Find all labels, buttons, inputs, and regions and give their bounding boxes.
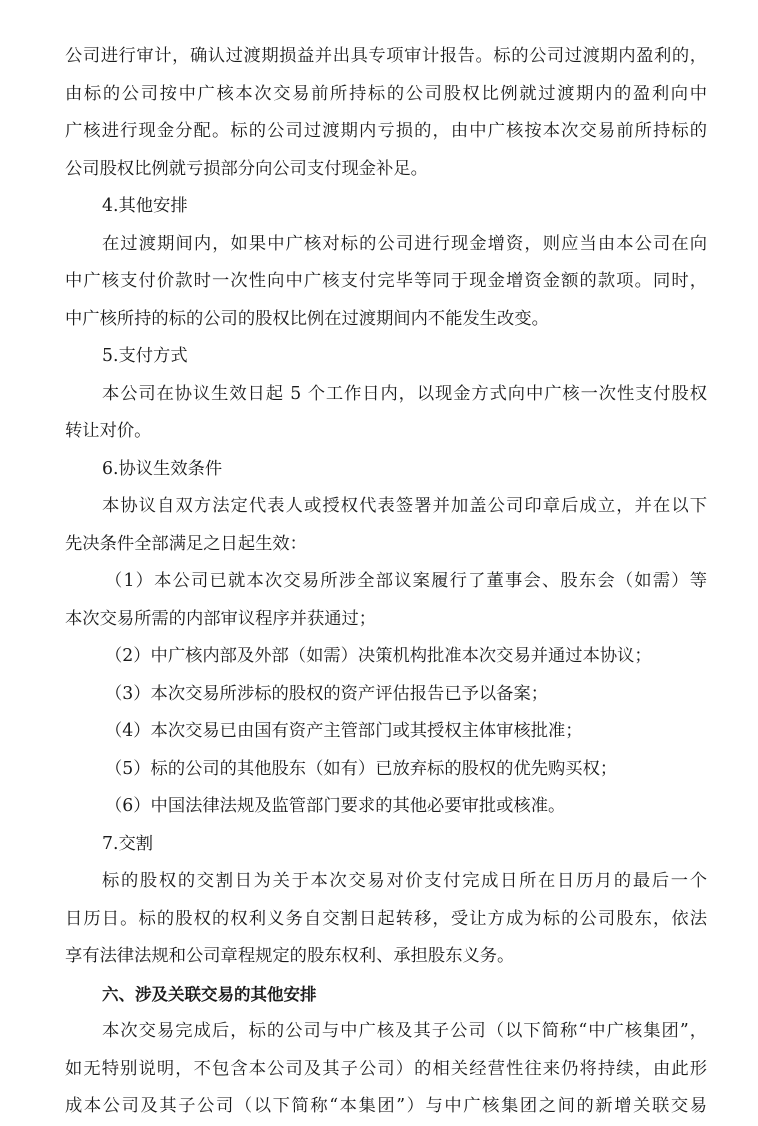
- condition-item-6: （6）中国法律法规及监管部门要求的其他必要审批或核准。: [65, 788, 707, 826]
- section-heading-delivery: 7.交割: [65, 826, 707, 864]
- text-line: 公司股权比例就亏损部分向公司支付现金补足。: [65, 151, 707, 189]
- paragraph-other-arrangements: 在过渡期间内，如果中广核对标的公司进行现金增资，则应当由本公司在向 中广核支付价…: [65, 226, 707, 339]
- text-line: 广核进行现金分配。标的公司过渡期内亏损的，由中广核按本次交易前所持标的: [65, 113, 707, 151]
- paragraph-related-transactions: 本次交易完成后，标的公司与中广核及其子公司（以下简称“中广核集团”， 如无特别说…: [65, 1013, 707, 1126]
- paragraph-delivery: 标的股权的交割日为关于本次交易对价支付完成日所在日历月的最后一个 日历日。标的股…: [65, 863, 707, 976]
- condition-item-2: （2）中广核内部及外部（如需）决策机构批准本次交易并通过本协议；: [65, 638, 707, 676]
- paragraph-effective-conditions: 本协议自双方法定代表人或授权代表签署并加盖公司印章后成立，并在以下 先决条件全部…: [65, 488, 707, 563]
- text-line: 公司进行审计，确认过渡期损益并出具专项审计报告。标的公司过渡期内盈利的，: [65, 38, 707, 76]
- text-line: 转让对价。: [65, 413, 707, 451]
- paragraph-payment-method: 本公司在协议生效日起 5 个工作日内，以现金方式向中广核一次性支付股权 转让对价…: [65, 376, 707, 451]
- condition-item-3: （3）本次交易所涉标的股权的资产评估报告已予以备案；: [65, 676, 707, 714]
- text-line: （1）本公司已就本次交易所涉全部议案履行了董事会、股东会（如需）等: [65, 563, 707, 601]
- text-line: 中广核所持的标的公司的股权比例在过渡期间内不能发生改变。: [65, 301, 707, 339]
- text-line: 享有法律法规和公司章程规定的股东权利、承担股东义务。: [65, 938, 707, 976]
- text-line: 本次交易完成后，标的公司与中广核及其子公司（以下简称“中广核集团”，: [65, 1013, 707, 1051]
- section-heading-effective-conditions: 6.协议生效条件: [65, 451, 707, 489]
- text-line: 本次交易所需的内部审议程序并获通过；: [65, 601, 707, 639]
- document-page: 公司进行审计，确认过渡期损益并出具专项审计报告。标的公司过渡期内盈利的， 由标的…: [65, 38, 707, 1126]
- condition-item-5: （5）标的公司的其他股东（如有）已放弃标的股权的优先购买权；: [65, 751, 707, 789]
- text-line: 先决条件全部满足之日起生效：: [65, 526, 707, 564]
- condition-item-1: （1）本公司已就本次交易所涉全部议案履行了董事会、股东会（如需）等 本次交易所需…: [65, 563, 707, 638]
- text-line: 由标的公司按中广核本次交易前所持标的公司股权比例就过渡期内的盈利向中: [65, 76, 707, 114]
- text-line: 成本公司及其子公司（以下简称“本集团”）与中广核集团之间的新增关联交易: [65, 1088, 707, 1126]
- text-line: 标的股权的交割日为关于本次交易对价支付完成日所在日历月的最后一个: [65, 863, 707, 901]
- chapter-heading-related-transactions: 六、涉及关联交易的其他安排: [65, 976, 707, 1014]
- paragraph-transition-pnl: 公司进行审计，确认过渡期损益并出具专项审计报告。标的公司过渡期内盈利的， 由标的…: [65, 38, 707, 188]
- section-heading-other-arrangements: 4.其他安排: [65, 188, 707, 226]
- text-line: 中广核支付价款时一次性向中广核支付完毕等同于现金增资金额的款项。同时，: [65, 263, 707, 301]
- text-line: 如无特别说明，不包含本公司及其子公司）的相关经营性往来仍将持续，由此形: [65, 1051, 707, 1089]
- text-line: 本公司在协议生效日起 5 个工作日内，以现金方式向中广核一次性支付股权: [65, 376, 707, 414]
- text-line: 日历日。标的股权的权利义务自交割日起转移，受让方成为标的公司股东，依法: [65, 901, 707, 939]
- section-heading-payment-method: 5.支付方式: [65, 338, 707, 376]
- condition-item-4: （4）本次交易已由国有资产主管部门或其授权主体审核批准；: [65, 713, 707, 751]
- text-line: 在过渡期间内，如果中广核对标的公司进行现金增资，则应当由本公司在向: [65, 226, 707, 264]
- text-line: 本协议自双方法定代表人或授权代表签署并加盖公司印章后成立，并在以下: [65, 488, 707, 526]
